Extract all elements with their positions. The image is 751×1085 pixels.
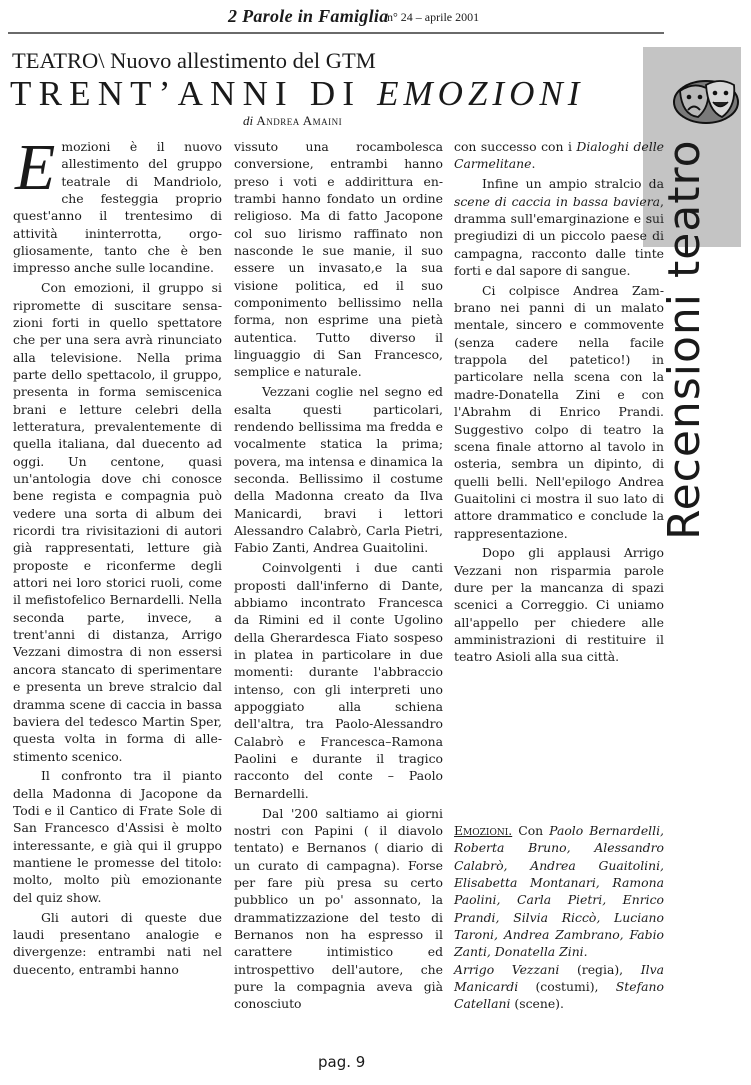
byline-author: Andrea Amaini — [256, 113, 342, 128]
paragraph: vissuto una rocambolesca conversione, en… — [234, 138, 443, 381]
paragraph-text: . — [531, 156, 535, 171]
masthead: 2 Parole in Famiglia n° 24 – aprile 2001 — [0, 0, 665, 34]
paragraph: Vezzani coglie nel segno ed esalta quest… — [234, 383, 443, 556]
article-column-3: con successo con i Dialoghi delle Carmel… — [454, 138, 664, 668]
article-kicker: TEATRO\ Nuovo allestimento del GTM — [12, 48, 376, 74]
byline: di Andrea Amaini — [243, 113, 342, 129]
page-number: pag. 9 — [318, 1053, 365, 1071]
paragraph: Il confronto tra il pianto della Madonna… — [13, 767, 222, 906]
paragraph: con successo con i Dialoghi delle Carmel… — [454, 138, 664, 173]
issue-info: n° 24 – aprile 2001 — [387, 10, 479, 25]
credits-crew-role: (scene). — [510, 996, 564, 1011]
credits-con: Con — [512, 823, 549, 838]
credits-crew-role: (regia), — [559, 962, 640, 977]
paragraph: Infine un ampio stralcio da scene di cac… — [454, 175, 664, 279]
theater-masks-icon — [672, 77, 740, 125]
paragraph: Gli autori di queste due laudi presentan… — [13, 909, 222, 978]
credits-box: Emozioni. Con Paolo Bernar­delli, Robert… — [454, 822, 664, 1013]
credits-lead: Emozioni. — [454, 823, 512, 838]
byline-prefix: di — [243, 113, 253, 128]
headline-plain: TRENT’ANNI DI — [10, 74, 377, 113]
publication-title: 2 Parole in Famiglia — [228, 6, 389, 27]
paragraph: Emozioni è il nuovo allestimento del gru… — [13, 138, 222, 277]
paragraph-text: Infine un ampio stralcio da — [482, 176, 664, 191]
paragraph: Coinvolgenti i due canti proposti dall'i… — [234, 559, 443, 802]
credits-cast: Paolo Bernar­delli, Roberta Bruno, Ales­… — [454, 823, 664, 959]
article-column-1: Emozioni è il nuovo allestimento del gru… — [13, 138, 222, 981]
paragraph: Con emozioni, il gruppo si ripromette di… — [13, 279, 222, 765]
credits-crew-role: (costumi), — [518, 979, 616, 994]
paragraph-text: con successo con i — [454, 139, 576, 154]
paragraph: Dal '200 saltiamo ai giorni nostri con P… — [234, 805, 443, 1013]
article-column-2: vissuto una rocambolesca conversione, en… — [234, 138, 443, 1015]
paragraph: Ci colpisce Andrea Zam­brano nei panni d… — [454, 282, 664, 542]
article-headline: TRENT’ANNI DI EMOZIONI — [10, 74, 584, 114]
title-reference: scene di caccia in bassa ba­viera — [454, 194, 660, 209]
credits-crew-name: Arrigo Vezzani — [454, 962, 559, 977]
headline-italic: EMOZIONI — [377, 74, 584, 113]
drop-cap: E — [15, 140, 55, 194]
paragraph: Dopo gli applausi Arrigo Vezzani non ris… — [454, 544, 664, 665]
masthead-rule — [8, 32, 664, 34]
